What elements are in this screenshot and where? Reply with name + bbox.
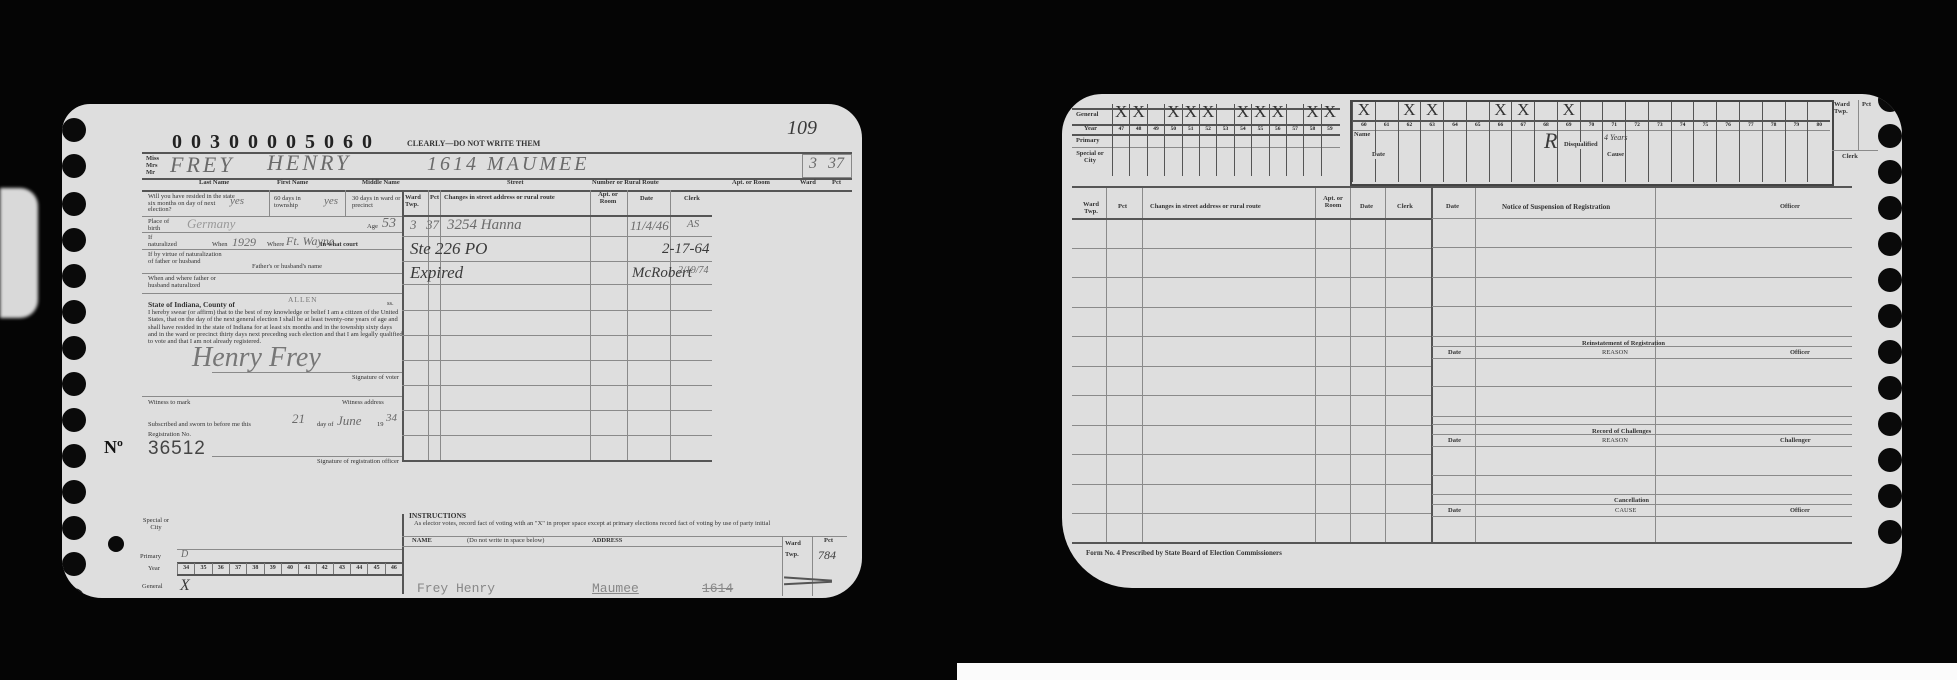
back-row-primary: Primary	[1076, 138, 1099, 145]
instructions-title: INSTRUCTIONS	[409, 512, 466, 520]
year-column-65: 65	[1466, 102, 1489, 182]
witness-label: Witness to mark	[148, 400, 190, 407]
change-row-1-address: 3254 Hanna	[447, 218, 522, 233]
year-row: 34353637383940414243444546	[177, 563, 402, 574]
back-pct-label: Pct	[1862, 102, 1871, 109]
back-ward-label: Ward Twp.	[1834, 102, 1856, 115]
year-label: 55	[1252, 126, 1268, 132]
signature-label: Signature of voter	[352, 375, 399, 382]
year-cell-35: 35	[194, 563, 211, 574]
year-cell-40: 40	[281, 563, 298, 574]
naturalized-label: If naturalized	[148, 235, 178, 248]
year-label: 47	[1113, 126, 1129, 132]
year-label: 53	[1217, 126, 1233, 132]
divider	[1655, 188, 1656, 542]
registration-card-back: General Year Primary Special or City 47X…	[1062, 94, 1902, 588]
table-row-line	[1072, 454, 1431, 455]
year-label: 74	[1672, 122, 1694, 128]
vote-x-mark: X	[1130, 102, 1146, 122]
vote-x-mark: X	[1558, 100, 1580, 120]
year-label: 62	[1399, 122, 1421, 128]
ward-label: Ward	[800, 180, 816, 187]
change-row-2-address: Ste 226 PO	[410, 240, 487, 257]
table-row-line	[1072, 218, 1431, 220]
registration-number: 36512	[148, 439, 206, 458]
changes-header-clerk: Clerk	[684, 196, 700, 203]
year-column-47: 47X	[1112, 104, 1129, 176]
year-label: 48	[1130, 126, 1146, 132]
divider	[402, 236, 712, 237]
year-column-54: 54X	[1234, 104, 1251, 176]
voter-signature: Henry Frey	[192, 344, 321, 372]
divider	[142, 396, 402, 397]
punch-hole-icon	[108, 536, 124, 552]
subscribed-label: Subscribed and sworn to before me this	[148, 422, 251, 429]
table-row-line	[1072, 336, 1431, 337]
vote-x-mark: X	[1512, 100, 1534, 120]
table-row-line	[1072, 395, 1431, 396]
divider	[402, 385, 712, 386]
middle-name-label: Middle Name	[362, 180, 400, 187]
year-label: 67	[1512, 122, 1534, 128]
table-row-line	[1432, 424, 1852, 425]
year-column-76: 76	[1716, 102, 1739, 182]
township-question: 60 days in township	[274, 196, 324, 209]
challenges-header-date: Date	[1448, 438, 1461, 445]
first-name: HENRY	[267, 152, 351, 174]
table-row-line	[1432, 434, 1852, 435]
year-column-52: 52X	[1199, 104, 1216, 176]
cause-label: Cause	[1607, 152, 1624, 159]
table-row-line	[1432, 336, 1852, 337]
table-row-line	[1432, 358, 1852, 359]
punch-hole-icon	[62, 192, 86, 216]
punch-hole-icon	[62, 154, 86, 178]
divider	[782, 536, 783, 596]
vote-x-mark: X	[1270, 102, 1286, 122]
year-cell-46: 46	[385, 563, 402, 574]
changes-header-address: Changes in street address or rural route	[444, 195, 555, 202]
punch-hole-icon	[1878, 340, 1902, 364]
divider	[142, 190, 852, 192]
year-prefix: 19	[377, 422, 384, 429]
last-name-label: Last Name	[199, 180, 229, 187]
witness-address-label: Witness address	[342, 400, 384, 407]
punch-hole-icon	[62, 516, 86, 540]
punch-hole-icon	[1878, 412, 1902, 436]
table-row-line	[1432, 494, 1852, 495]
divider	[812, 536, 813, 596]
reinstatement-header-date: Date	[1448, 350, 1461, 357]
punch-hole-icon	[1878, 304, 1902, 328]
year-column-61: 61	[1375, 102, 1398, 182]
punch-hole-icon	[1878, 124, 1902, 148]
back-row-year: Year	[1084, 126, 1097, 133]
back-changes-header-address: Changes in street address or rural route	[1150, 204, 1261, 211]
punch-hole-icon	[1878, 376, 1902, 400]
divider	[1858, 100, 1859, 150]
year-label: 61	[1376, 122, 1398, 128]
table-row-line	[1072, 277, 1431, 278]
township-answer: yes	[324, 196, 338, 207]
punch-hole-icon	[1878, 520, 1902, 544]
year-label: 70	[1581, 122, 1603, 128]
divider	[402, 435, 712, 436]
change-row-3-date: 2/19/74	[678, 266, 709, 276]
pct-value: 37	[828, 156, 844, 172]
divider	[142, 249, 402, 250]
year-label: 58	[1304, 126, 1320, 132]
vote-row-general: General	[142, 584, 163, 591]
suspension-header-officer: Officer	[1780, 204, 1800, 211]
change-row-3-address: Expired	[410, 264, 463, 281]
punch-hole-icon	[1878, 268, 1902, 292]
year-column-58: 58X	[1303, 104, 1320, 176]
punch-hole-icon	[62, 444, 86, 468]
year-column-74: 74	[1671, 102, 1694, 182]
back-changes-header-ward: Ward Twp.	[1080, 202, 1102, 215]
salutation-mr: Mr	[146, 170, 155, 177]
age-answer: 53	[382, 217, 396, 231]
instructions-name-label: NAME	[412, 538, 432, 545]
first-name-label: First Name	[277, 180, 308, 187]
divider	[402, 335, 712, 336]
table-row-line	[1432, 516, 1852, 517]
scan-edge	[957, 663, 1957, 680]
year-column-73: 73	[1648, 102, 1671, 182]
divider	[402, 546, 782, 547]
cancellation-header-officer: Officer	[1790, 508, 1810, 515]
divider	[402, 261, 712, 262]
year-cell-44: 44	[350, 563, 367, 574]
divider	[627, 190, 628, 462]
year-label: 52	[1200, 126, 1216, 132]
year-label: 77	[1740, 122, 1762, 128]
number-label: Number or Rural Route	[592, 180, 659, 187]
table-row-line	[1432, 416, 1852, 417]
disqualified-label: Disqualified	[1564, 142, 1598, 149]
table-row-line	[1072, 484, 1431, 485]
vote-x-mark: X	[1200, 102, 1216, 122]
year-label: 64	[1444, 122, 1466, 128]
year-column-60: 60X	[1352, 102, 1375, 182]
year-cell-43: 43	[333, 563, 350, 574]
form-footer: Form No. 4 Prescribed by State Board of …	[1086, 550, 1282, 557]
divider	[142, 273, 402, 274]
vote-row-year: Year	[148, 566, 160, 573]
punch-hole-icon	[62, 228, 86, 252]
punch-hole-icon	[1878, 196, 1902, 220]
year-cell-45: 45	[367, 563, 384, 574]
court-label: In what court	[320, 242, 358, 249]
place-of-birth-label: Place of birth	[148, 219, 178, 232]
year-column-53: 53	[1216, 104, 1233, 176]
year-cell-34: 34	[177, 563, 194, 574]
divider	[402, 284, 712, 285]
change-row-1-clerk: AS	[687, 219, 699, 230]
suspension-header-title: Notice of Suspension of Registration	[1502, 204, 1610, 211]
scan-artifact	[0, 188, 38, 318]
table-row-line	[1432, 475, 1852, 476]
age-label: Age	[367, 224, 378, 231]
year-label: 49	[1148, 126, 1164, 132]
subscribed-year: 34	[386, 413, 397, 424]
divider	[402, 410, 712, 411]
punch-hole-icon	[62, 336, 86, 360]
punch-hole-icon	[1878, 232, 1902, 256]
change-row-2-date: 2-17-64	[662, 242, 710, 257]
year-column-80: 80	[1807, 102, 1830, 182]
father-name-label: Father's or husband's name	[252, 264, 322, 271]
instructions-text: As elector votes, record fact of voting …	[414, 520, 814, 527]
suspension-header-date: Date	[1446, 204, 1459, 211]
divider	[177, 574, 402, 576]
when-label: When	[212, 242, 228, 249]
year-label: 71	[1603, 122, 1625, 128]
strike-mark	[784, 581, 832, 586]
punch-hole-icon	[62, 118, 86, 142]
ward-value: 3	[809, 156, 817, 172]
punch-hole-icon	[1878, 160, 1902, 184]
year-label: 57	[1287, 126, 1303, 132]
ward-question: 30 days in ward or precinct	[352, 196, 407, 209]
vote-x-mark: X	[1353, 100, 1375, 120]
place-of-birth-answer: Germany	[187, 217, 235, 230]
subscribed-month: June	[337, 414, 362, 427]
vote-x-mark: X	[1322, 102, 1338, 122]
vote-x-mark: X	[1252, 102, 1268, 122]
year-label: 80	[1808, 122, 1830, 128]
punch-hole-icon	[1878, 448, 1902, 472]
registration-card-front: 0 0 3 0 0 0 0 5 0 6 0 CLEARLY—DO NOT WRI…	[62, 104, 862, 598]
divider	[1072, 542, 1852, 544]
year-cell-38: 38	[246, 563, 263, 574]
residence-state-question: Will you have resided in the state six m…	[148, 194, 238, 214]
disq-mark: R	[1544, 130, 1557, 152]
changes-header-ward: Ward Twp.	[405, 195, 427, 208]
changes-header-date: Date	[640, 196, 653, 203]
header-notice: CLEARLY—DO NOT WRITE THEM	[407, 140, 540, 148]
year-column-67: 67X	[1511, 102, 1534, 182]
divider	[142, 232, 402, 233]
punch-hole-icon	[62, 480, 86, 504]
subscribed-day: 21	[292, 412, 305, 425]
table-row-line	[1072, 366, 1431, 367]
divider	[440, 190, 441, 462]
vote-row-primary: Primary	[140, 554, 161, 561]
primary-mark-34: D	[181, 550, 188, 560]
vote-x-mark: X	[1490, 100, 1512, 120]
year-column-66: 66X	[1489, 102, 1512, 182]
year-label: 73	[1649, 122, 1671, 128]
instructions-do-not-write: (Do not write in space below)	[467, 538, 544, 545]
day-of-label: day of	[317, 422, 333, 429]
year-label: 54	[1235, 126, 1251, 132]
year-label: 66	[1490, 122, 1512, 128]
instructions-ward-label: Ward Twp.	[785, 538, 807, 560]
year-column-55: 55X	[1251, 104, 1268, 176]
year-column-49: 49	[1147, 104, 1164, 176]
divider	[177, 549, 402, 550]
year-column-50: 50X	[1164, 104, 1181, 176]
divider	[1072, 186, 1852, 188]
when-where-father-label: When and where father or husband natural…	[148, 276, 238, 289]
disq-name-label: Name	[1354, 132, 1370, 139]
year-label: 69	[1558, 122, 1580, 128]
year-cell-36: 36	[212, 563, 229, 574]
year-label: 75	[1694, 122, 1716, 128]
divider	[402, 190, 404, 462]
year-column-57: 57	[1286, 104, 1303, 176]
divider	[402, 360, 712, 361]
registration-prefix: Nº	[104, 438, 123, 456]
year-label: 60	[1353, 122, 1375, 128]
year-label: 76	[1717, 122, 1739, 128]
back-row-special: Special or City	[1076, 150, 1104, 164]
street-address: 1614 MAUMEE	[427, 154, 589, 174]
year-column-79: 79	[1785, 102, 1808, 182]
instructions-pct-label: Pct	[824, 538, 833, 545]
year-grid-left: 47X48X4950X51X52X5354X55X56X5758X59X	[1112, 104, 1338, 176]
street-label: Street	[507, 180, 523, 187]
table-row-line	[1432, 218, 1852, 219]
cancellation-header-date: Date	[1448, 508, 1461, 515]
oath-ss: ss.	[387, 301, 394, 308]
change-row-1-pct: 37	[426, 218, 439, 231]
registration-officer-label: Signature of registration officer	[317, 459, 399, 466]
general-mark-34: X	[180, 578, 190, 594]
year-label: 78	[1763, 122, 1785, 128]
corner-number: 109	[787, 118, 817, 138]
change-row-1-date: 11/4/46	[630, 219, 669, 232]
back-changes-header-date: Date	[1360, 204, 1373, 211]
disqualified-note: 4 Years	[1604, 134, 1628, 142]
year-label: 59	[1322, 126, 1338, 132]
year-column-62: 62X	[1398, 102, 1421, 182]
year-cell-42: 42	[316, 563, 333, 574]
table-row-line	[1072, 513, 1431, 514]
back-changes-header-clerk: Clerk	[1397, 204, 1413, 211]
divider	[142, 293, 402, 294]
table-row-line	[1072, 307, 1431, 308]
year-column-78: 78	[1762, 102, 1785, 182]
virtue-label: If by virtue of naturalization of father…	[148, 252, 228, 265]
changes-header-pct: Pct	[430, 195, 439, 202]
year-column-48: 48X	[1129, 104, 1146, 176]
year-column-75: 75	[1693, 102, 1716, 182]
last-name: FREY	[170, 154, 235, 176]
stamp-number: 1614	[702, 582, 733, 595]
divider	[402, 460, 712, 462]
divider	[1431, 188, 1433, 542]
year-cell-41: 41	[298, 563, 315, 574]
table-row-line	[1432, 446, 1852, 447]
vote-x-mark: X	[1183, 102, 1199, 122]
year-column-77: 77	[1739, 102, 1762, 182]
vote-x-mark: X	[1399, 100, 1421, 120]
year-label: 72	[1626, 122, 1648, 128]
instructions-address-label: ADDRESS	[592, 538, 622, 545]
punch-hole-icon	[62, 300, 86, 324]
disq-date-label: Date	[1372, 152, 1385, 159]
oath-county: ALLEN	[288, 296, 318, 304]
back-row-general: General	[1076, 112, 1098, 119]
punch-hole-icon	[62, 552, 86, 576]
table-row-line	[1072, 425, 1431, 426]
vote-x-mark: X	[1421, 100, 1443, 120]
where-label: Where	[267, 242, 284, 249]
stamp-street: Maumee	[592, 582, 639, 595]
table-row-line	[1432, 306, 1852, 307]
punch-hole-icon	[62, 264, 86, 288]
oath-state-line: State of Indiana, County of	[148, 301, 235, 309]
instructions-pct-value: 784	[818, 549, 836, 561]
vote-row-special: Special or City	[142, 518, 170, 531]
stamp-name: Frey Henry	[417, 582, 495, 595]
when-answer: 1929	[232, 236, 256, 248]
residence-state-answer: yes	[230, 196, 244, 207]
year-cell-37: 37	[229, 563, 246, 574]
table-row-line	[1072, 248, 1431, 249]
divider	[402, 514, 404, 594]
year-column-51: 51X	[1182, 104, 1199, 176]
year-label: 63	[1421, 122, 1443, 128]
divider	[212, 372, 402, 373]
table-row-line	[1432, 247, 1852, 248]
year-cell-39: 39	[264, 563, 281, 574]
table-row-line	[1432, 277, 1852, 278]
year-label: 50	[1165, 126, 1181, 132]
year-column-63: 63X	[1420, 102, 1443, 182]
back-changes-header-apt: Apt. or Room	[1320, 196, 1346, 209]
challenges-header-challenger: Challenger	[1780, 438, 1811, 445]
change-row-1-ward: 3	[410, 218, 417, 231]
year-column-64: 64	[1443, 102, 1466, 182]
vote-x-mark: X	[1235, 102, 1251, 122]
divider	[402, 310, 712, 311]
divider	[670, 190, 671, 462]
year-column-56: 56X	[1269, 104, 1286, 176]
vote-x-mark: X	[1304, 102, 1320, 122]
back-clerk-label: Clerk	[1842, 154, 1858, 161]
pct-label: Pct	[832, 180, 841, 187]
divider	[345, 190, 346, 216]
reinstatement-header-officer: Officer	[1790, 350, 1810, 357]
back-changes-header-pct: Pct	[1118, 204, 1127, 211]
reinstatement-header-reason: REASON	[1602, 350, 1628, 357]
table-row-line	[1432, 386, 1852, 387]
divider	[1832, 150, 1878, 151]
challenges-header-reason: REASON	[1602, 438, 1628, 445]
punch-hole-icon	[62, 408, 86, 432]
apt-label: Apt. or Room	[732, 180, 770, 187]
divider	[212, 456, 402, 457]
year-column-59: 59X	[1321, 104, 1338, 176]
year-column-71: 71	[1602, 102, 1625, 182]
vote-x-mark: X	[1113, 102, 1129, 122]
year-label: 51	[1183, 126, 1199, 132]
punch-hole-icon	[1878, 94, 1902, 112]
year-column-72: 72	[1625, 102, 1648, 182]
punch-hole-icon	[1878, 484, 1902, 508]
year-label: 56	[1270, 126, 1286, 132]
card-serial: 0 0 3 0 0 0 0 5 0 6 0	[172, 132, 374, 152]
year-label: 65	[1467, 122, 1489, 128]
table-row-line	[1432, 346, 1852, 347]
year-label: 79	[1786, 122, 1808, 128]
cancellation-header-cause: CAUSE	[1615, 508, 1636, 515]
vote-x-mark: X	[1165, 102, 1181, 122]
